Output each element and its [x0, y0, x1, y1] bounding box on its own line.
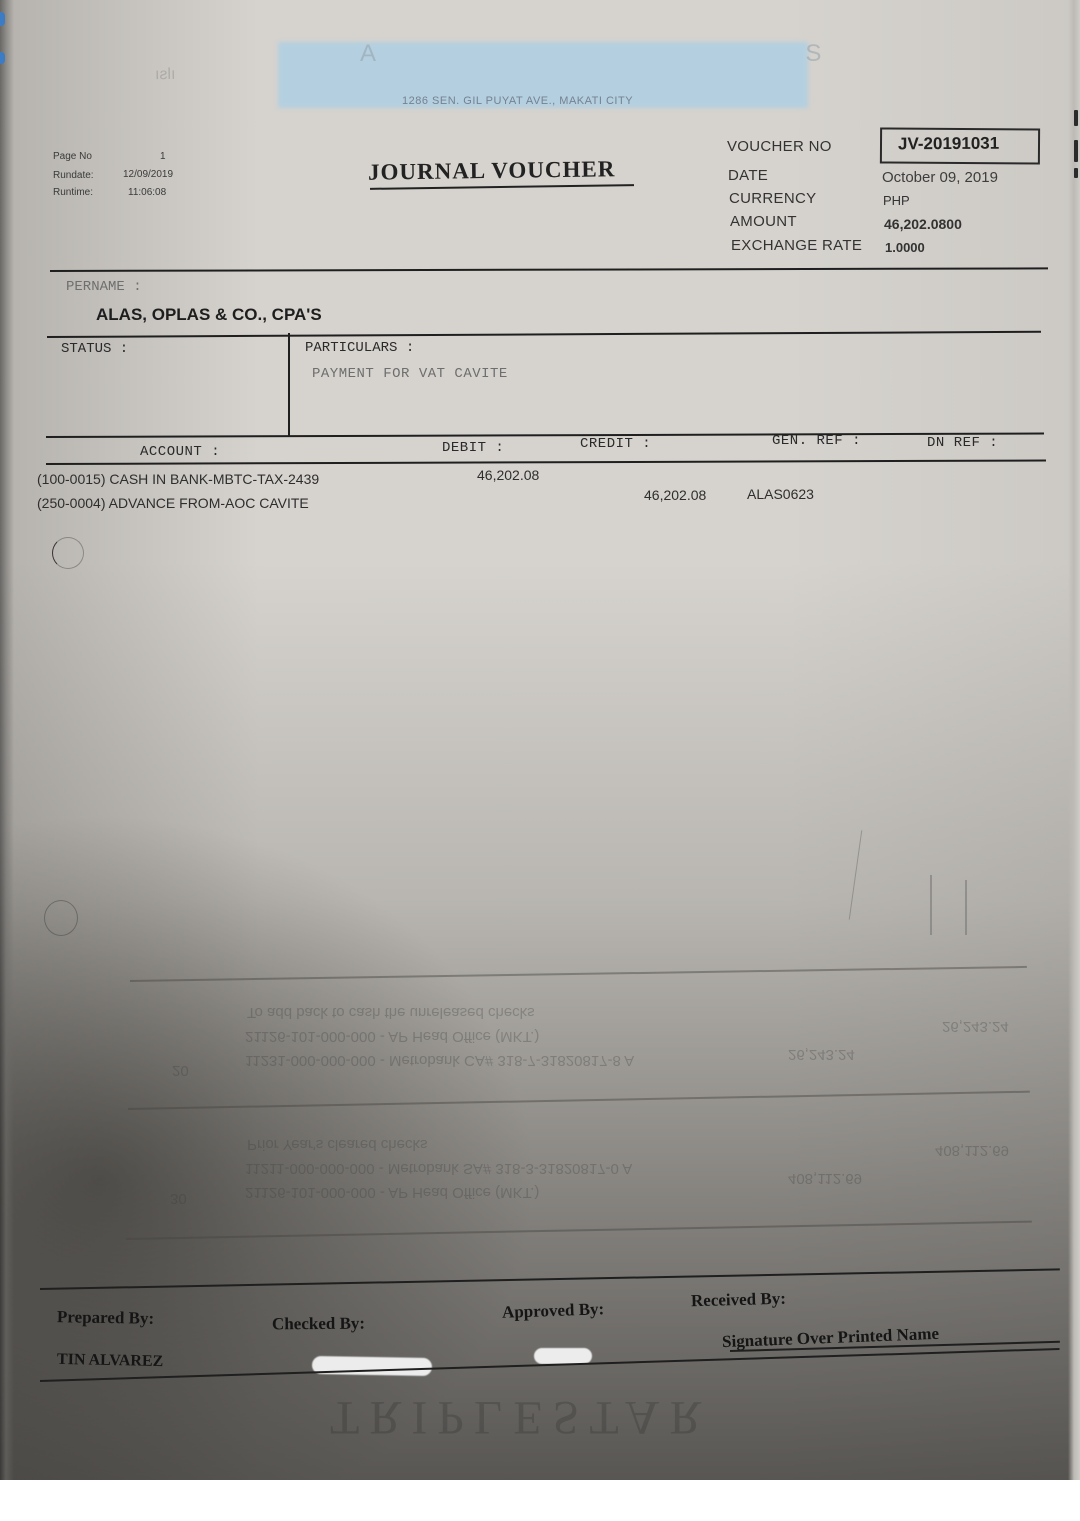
row-account: (100-0015) CASH IN BANK-MBTC-TAX-2439: [37, 471, 319, 487]
exchange-rate-label: EXCHANGE RATE: [731, 237, 862, 254]
pencil-initial: [965, 880, 967, 935]
voucher-no-value: JV-20191031: [898, 134, 999, 155]
ghost-stamp-text: ıƨlı: [155, 66, 176, 84]
status-label: STATUS :: [61, 341, 128, 357]
currency-label: CURRENCY: [729, 190, 816, 207]
checked-by-redaction: [312, 1356, 432, 1376]
binder-mark: [1074, 140, 1078, 162]
runtime-label: Runtime:: [53, 187, 93, 198]
approved-by-label: Approved By:: [502, 1299, 605, 1323]
show-through-day: 20: [172, 1062, 189, 1079]
runtime-value: 11:06:08: [128, 187, 166, 198]
row-account: (250-0004) ADVANCE FROM-AOC CAVITE: [37, 495, 309, 511]
date-label: DATE: [728, 167, 768, 184]
currency-value: PHP: [883, 193, 910, 208]
right-page-edge: [1068, 0, 1080, 1480]
approved-by-redaction: [534, 1348, 592, 1364]
particulars-label: PARTICULARS :: [305, 340, 414, 356]
binder-mark: [1074, 168, 1078, 178]
voucher-no-label: VOUCHER NO: [727, 138, 832, 155]
page-no-value: 1: [160, 151, 166, 162]
date-value: October 09, 2019: [882, 169, 998, 186]
show-through-text: 21126-101-000-000 - AP Head Office (MKT.…: [245, 1184, 539, 1201]
credit-column-header: CREDIT :: [580, 436, 651, 452]
column-divider: [288, 333, 290, 437]
pername-label: PERNAME :: [66, 279, 142, 295]
show-through-text: TRIPLESTAR: [330, 1390, 712, 1445]
amount-label: AMOUNT: [730, 213, 797, 230]
received-by-label: Received By:: [691, 1289, 786, 1311]
checked-by-label: Checked By:: [272, 1314, 365, 1335]
punch-hole: [52, 537, 84, 569]
company-name-redacted: A S: [360, 40, 825, 68]
punch-hole: [44, 900, 78, 936]
left-page-edge: [0, 0, 14, 1480]
show-through-text: Prior Year's cleared checks: [247, 1136, 427, 1153]
rundate-label: Rundate:: [53, 170, 94, 181]
company-address: 1286 SEN. GIL PUYAT AVE., MAKATI CITY: [402, 95, 633, 107]
pencil-initial: [930, 875, 932, 935]
page-no-label: Page No: [53, 151, 92, 162]
document-title: JOURNAL VOUCHER: [368, 156, 616, 185]
gen-ref-column-header: GEN. REF :: [772, 433, 861, 449]
pername-value: ALAS, OPLAS & CO., CPA'S: [96, 305, 322, 325]
show-through-amount: 26,243.24: [788, 1046, 855, 1063]
amount-value: 46,202.0800: [884, 216, 962, 232]
prepared-by-name: TIN ALVAREZ: [57, 1351, 164, 1371]
show-through-text: To add back to cash the unreleased check…: [247, 1004, 535, 1021]
blue-tab-mark: [0, 52, 5, 64]
binder-mark: [1074, 110, 1078, 126]
account-column-header: ACCOUNT :: [140, 444, 220, 460]
debit-column-header: DEBIT :: [442, 440, 504, 456]
particulars-value: PAYMENT FOR VAT CAVITE: [312, 366, 508, 382]
rundate-value: 12/09/2019: [123, 169, 173, 180]
show-through-text: 11231-000-000-000 - Metrobank CA# 318-7-…: [245, 1052, 634, 1069]
show-through-text: 11211-000-000-000 - Metrobank SA# 318-3-…: [245, 1160, 632, 1177]
blue-tab-mark: [0, 12, 5, 26]
exchange-rate-value: 1.0000: [885, 240, 925, 255]
row-debit: 46,202.08: [477, 467, 539, 483]
show-through-text: 21126-101-000-000 - AP Head Office (MKT.…: [245, 1028, 539, 1045]
show-through-amount: 408,112.69: [935, 1142, 1009, 1159]
dn-ref-column-header: DN REF :: [927, 435, 998, 451]
row-gen-ref: ALAS0623: [747, 486, 814, 502]
show-through-amount: 408,112.69: [788, 1170, 862, 1187]
bottom-margin: [0, 1480, 1080, 1521]
row-credit: 46,202.08: [644, 487, 706, 503]
show-through-amount: 26,243.24: [942, 1018, 1009, 1035]
prepared-by-label: Prepared By:: [57, 1307, 154, 1329]
show-through-day: 30: [170, 1190, 187, 1207]
